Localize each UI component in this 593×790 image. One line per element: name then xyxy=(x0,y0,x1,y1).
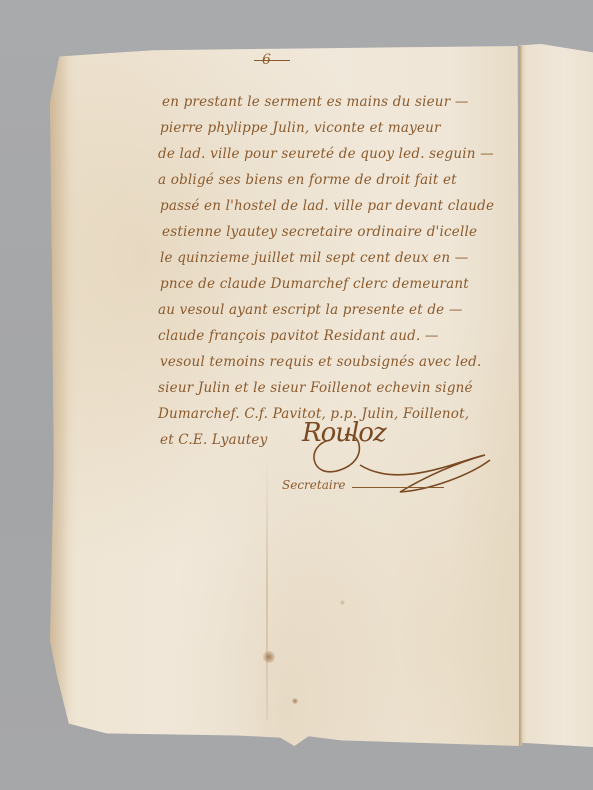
text-line: pierre phylippe Julin, viconte et mayeur xyxy=(160,120,441,136)
text-line: au vesoul ayant escript la presente et d… xyxy=(158,302,463,318)
signature-title: Secretaire xyxy=(282,478,346,492)
facing-page xyxy=(519,44,593,747)
text-line: a obligé ses biens en forme de droit fai… xyxy=(158,172,457,188)
ink-stain xyxy=(263,651,275,663)
text-line: vesoul temoins requis et soubsignés avec… xyxy=(160,354,482,370)
paper-fold xyxy=(266,460,268,720)
text-line: estienne lyautey secretaire ordinaire d'… xyxy=(162,224,477,240)
text-line: passé en l'hostel de lad. ville par deva… xyxy=(160,198,494,214)
ink-stain xyxy=(340,600,345,605)
text-line: sieur Julin et le sieur Foillenot echevi… xyxy=(158,380,473,396)
page-gutter xyxy=(519,46,522,746)
text-line: pnce de claude Dumarchef clerc demeurant xyxy=(160,276,469,292)
document-photo: 6 en prestant le serment es mains du sie… xyxy=(0,0,593,790)
text-line: le quinzieme juillet mil sept cent deux … xyxy=(160,250,468,266)
signature-rule xyxy=(352,487,444,488)
text-line: claude françois pavitot Residant aud. — xyxy=(158,328,439,344)
page-number: 6 xyxy=(262,52,271,68)
ink-stain xyxy=(292,698,298,704)
text-line: et C.E. Lyautey xyxy=(160,432,267,448)
text-line: en prestant le serment es mains du sieur… xyxy=(162,94,469,110)
text-line: de lad. ville pour seureté de quoy led. … xyxy=(158,146,494,162)
signature: Rouloz xyxy=(302,418,386,448)
